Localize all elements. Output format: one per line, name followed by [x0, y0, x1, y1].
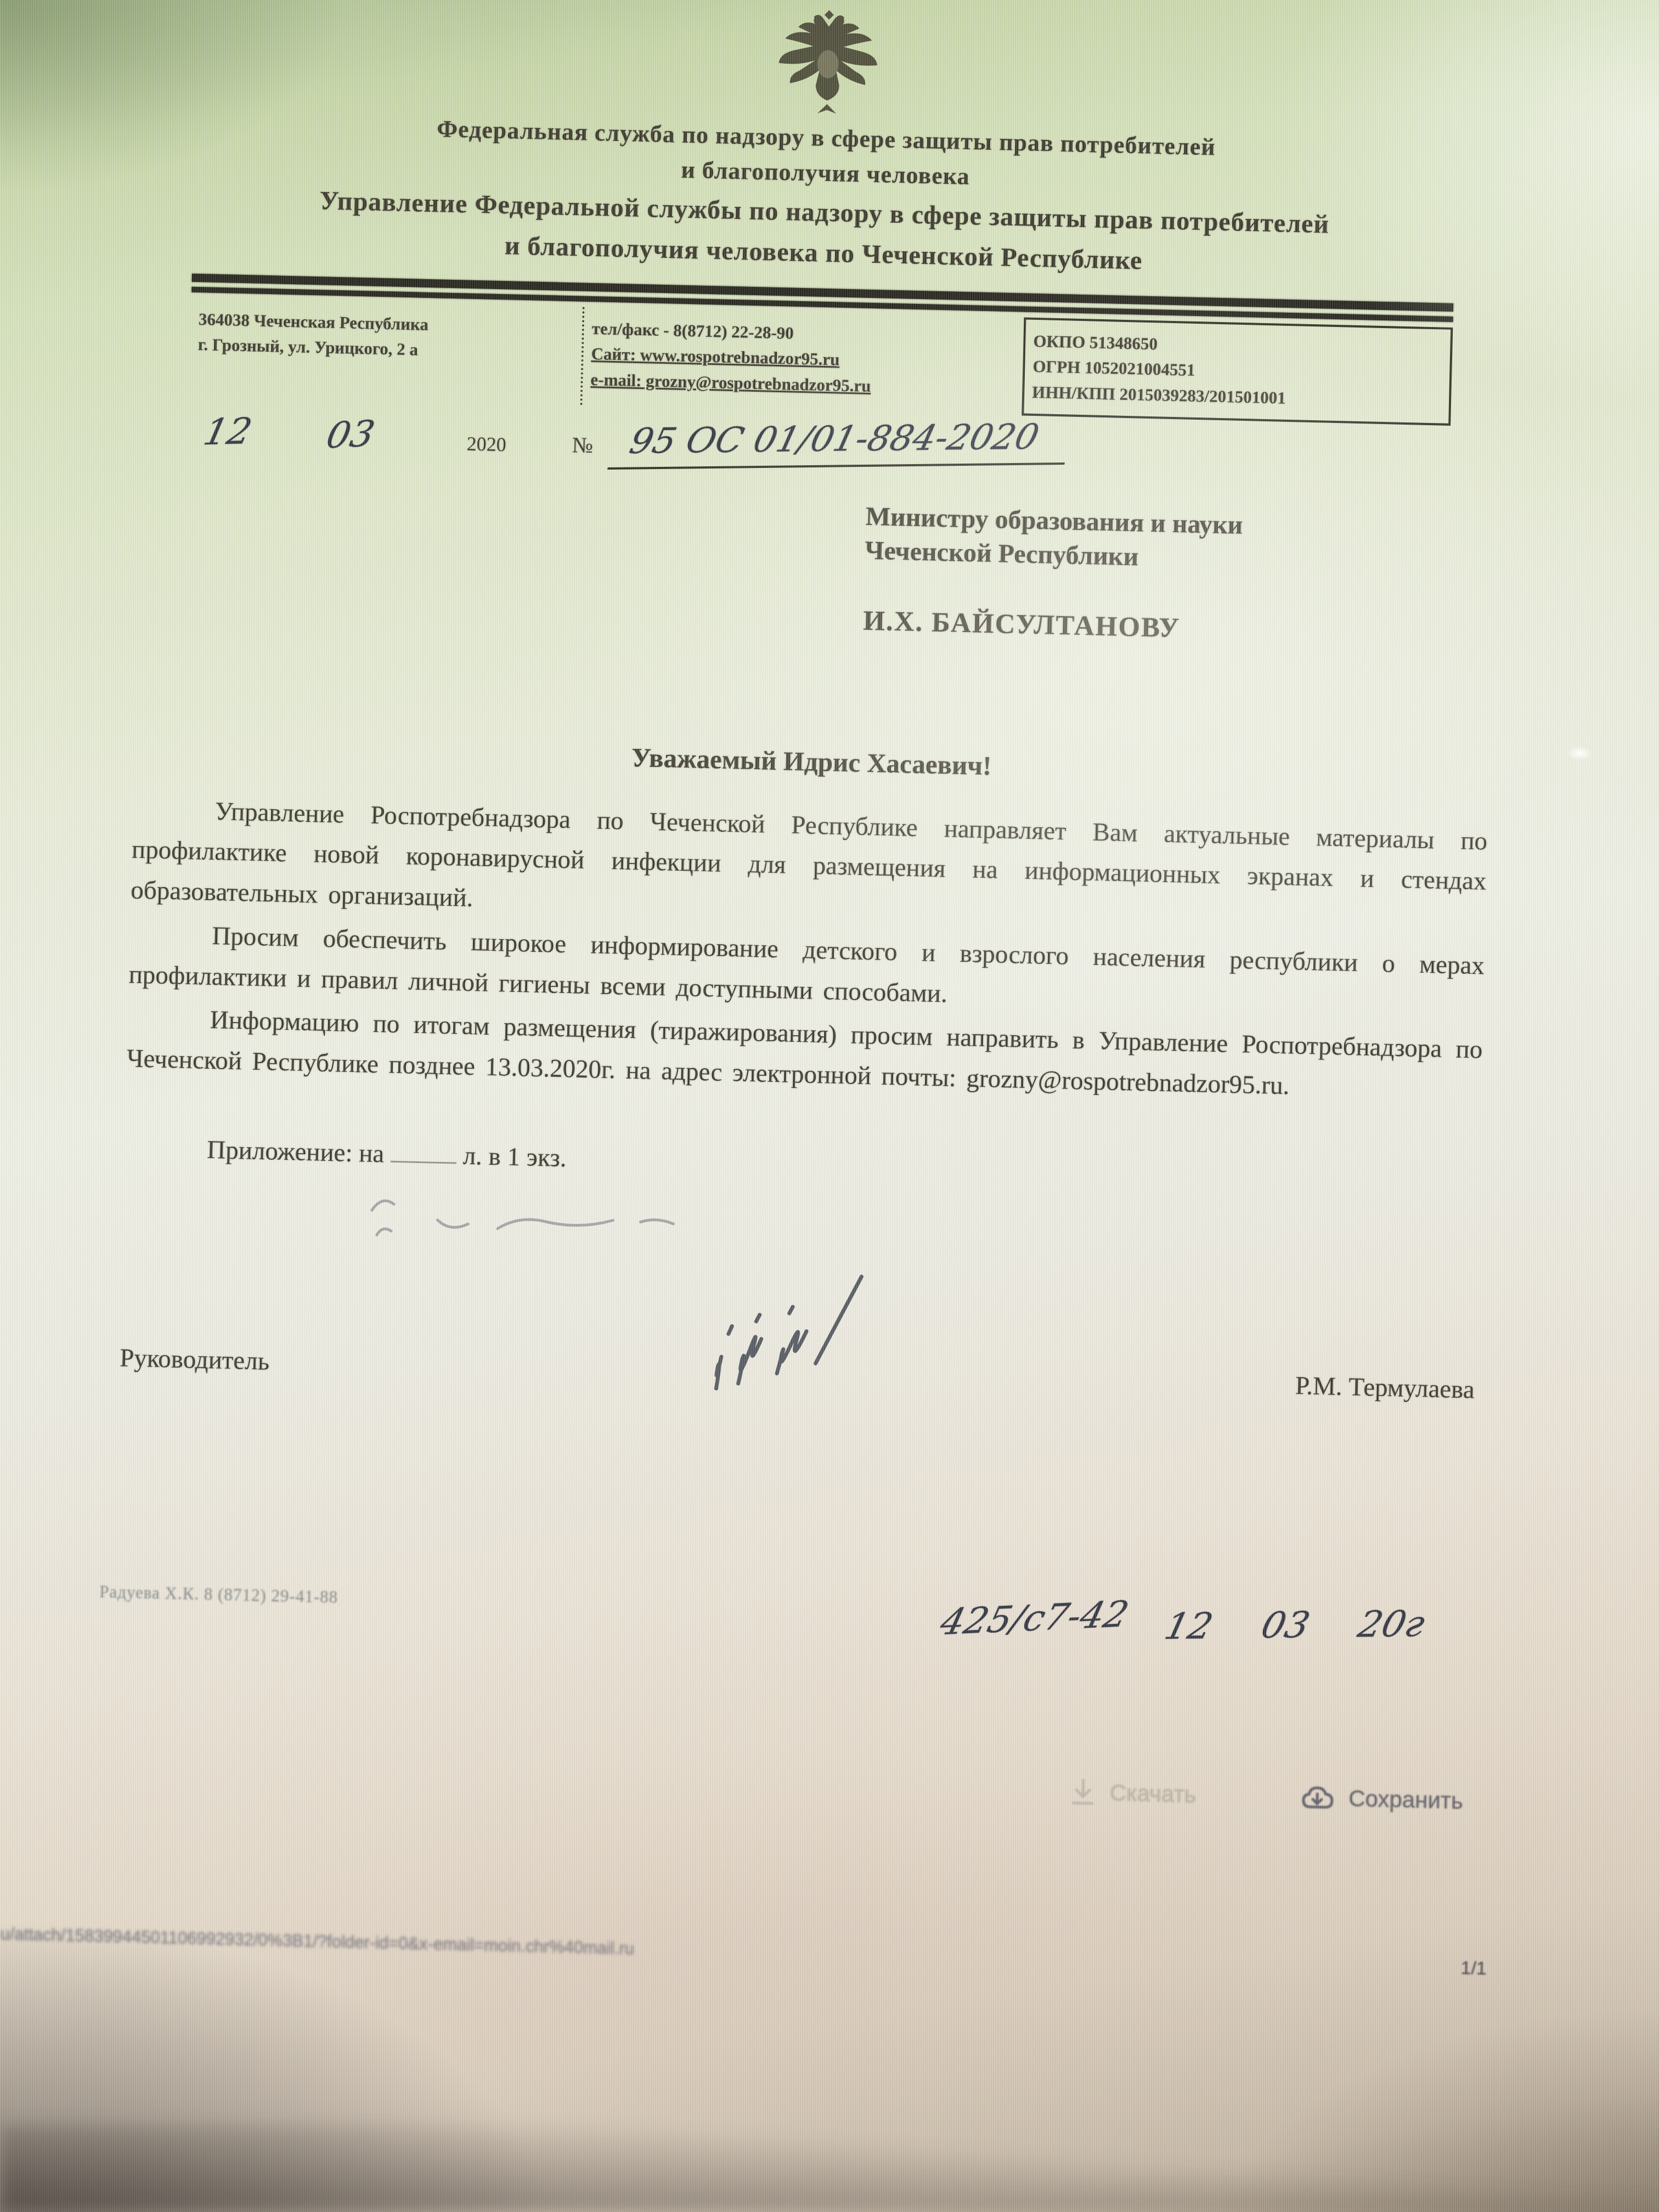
- letter-body: Управление Роспотребнадзора по Чеченской…: [126, 789, 1488, 1111]
- document-footer: Радуева Х.К. 8 (8712) 29-41-88 425/с7-42…: [99, 1555, 1550, 1650]
- attachment-tail: л. в 1 экз.: [462, 1142, 567, 1172]
- recipient-name: И.Х. БАЙСУЛТАНОВУ: [863, 603, 1555, 656]
- signer-name: Р.М. Термулаева: [1295, 1371, 1475, 1405]
- attachment-label: Приложение: на: [207, 1136, 385, 1169]
- save-to-cloud-button[interactable]: Сохранить: [1300, 1781, 1464, 1817]
- contact-codes: ОКПО 51348650 ОГРН 1052021004551 ИНН/КПП…: [1022, 317, 1453, 426]
- photo-bottom-shadow: [0, 2124, 1659, 2212]
- document-page: Федеральная служба по надзору в сфере за…: [0, 0, 1626, 1982]
- attachment-url: u/attach/15839944501106992932/0%3B1/?fol…: [0, 1924, 634, 1959]
- download-icon: [1070, 1778, 1096, 1807]
- coat-of-arms-icon: [768, 8, 888, 120]
- handwritten-month: 03: [323, 413, 379, 456]
- printed-year: 2020: [466, 432, 506, 460]
- save-label: Сохранить: [1348, 1785, 1464, 1814]
- contact-phone-web: тел/факс - 8(8712) 22-28-90 Сайт: www.ro…: [580, 307, 1024, 415]
- photo-of-screen: { "document": { "header": { "org_line1":…: [0, 0, 1659, 2212]
- executor-contact: Радуева Х.К. 8 (8712) 29-41-88: [99, 1582, 338, 1621]
- download-button[interactable]: Скачать: [1070, 1778, 1197, 1809]
- attachment-blank-field: [391, 1138, 457, 1164]
- handwritten-outgoing-number: 95 ОС 01/01-884-2020: [607, 417, 1076, 470]
- letterhead: Федеральная служба по надзору в сфере за…: [26, 0, 1626, 326]
- signature-row: Руководитель Р.М. Термулаева: [119, 1325, 1475, 1423]
- signature: [269, 1257, 1298, 1419]
- salutation: Уважаемый Идрис Хасаевич!: [15, 727, 1609, 795]
- registration-number: 425/с7-42: [936, 1592, 1172, 1644]
- registration-date: 12 03 20г: [1160, 1601, 1556, 1647]
- signer-title: Руководитель: [120, 1343, 270, 1376]
- handwritten-day: 12: [200, 410, 256, 454]
- viewer-statusbar: u/attach/15839944501106992932/0%3B1/?fol…: [0, 1923, 1580, 1982]
- contact-address: 364038 Чеченская Республика г. Грозный, …: [189, 298, 583, 405]
- number-sign: №: [572, 432, 593, 462]
- attachment-line: Приложение: на л. в 1 экз.: [125, 1132, 1480, 1194]
- recipient-block: Министру образования и науки Чеченской Р…: [863, 500, 1558, 656]
- download-label: Скачать: [1109, 1780, 1197, 1808]
- viewer-toolbar: Скачать Сохранить: [0, 1751, 1584, 1820]
- handwritten-note-scribble: [354, 1177, 773, 1269]
- cloud-save-icon: [1300, 1781, 1335, 1814]
- handwritten-registration: 425/с7-42 12 03 20г: [943, 1575, 1550, 1650]
- page-indicator: 1/1: [1460, 1957, 1487, 1979]
